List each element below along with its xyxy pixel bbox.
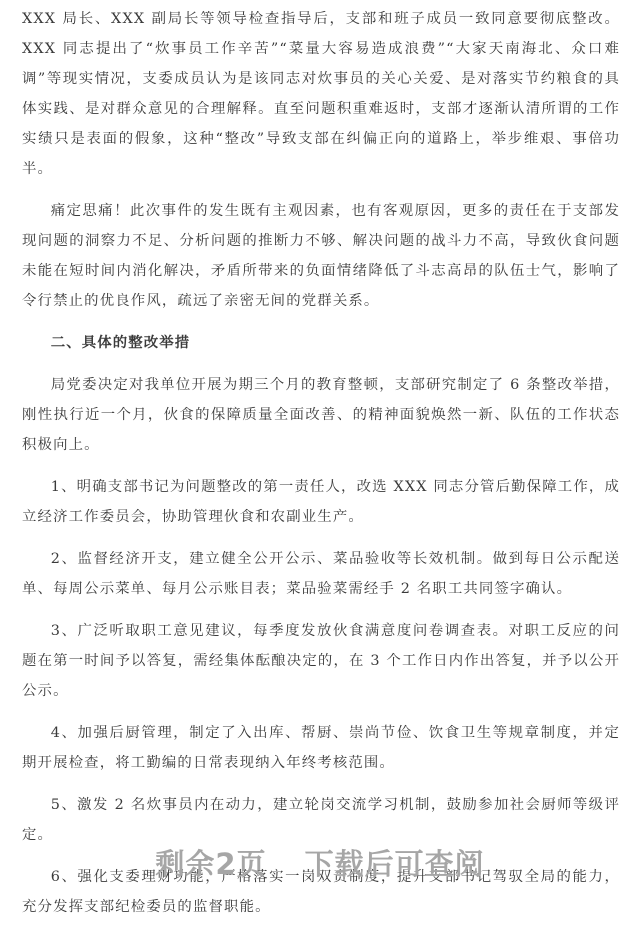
measure-item-1: 1、明确支部书记为问题整改的第一责任人，改选 XXX 同志分管后勤保障工作，成立… xyxy=(22,472,620,532)
measure-item-2: 2、监督经济开支，建立健全公开公示、菜品验收等长效机制。做到每日公示配送单、每周… xyxy=(22,544,620,604)
measure-item-5: 5、激发 2 名炊事员内在动力，建立轮岗交流学习机制，鼓励参加社会厨师等级评定。 xyxy=(22,790,620,850)
paragraph-measures-intro: 局党委决定对我单位开展为期三个月的教育整顿，支部研究制定了 6 条整改举措，刚性… xyxy=(22,370,620,460)
paragraph-rectification-background: XXX 局长、XXX 副局长等领导检查指导后，支部和班子成员一致同意要彻底整改。… xyxy=(22,4,620,184)
section-heading-measures: 二、具体的整改举措 xyxy=(22,328,620,358)
download-to-view-label: 下载后可查阅 xyxy=(305,847,485,881)
paragraph-reflection: 痛定思痛！此次事件的发生既有主观因素，也有客观原因，更多的责任在于支部发现问题的… xyxy=(22,196,620,316)
download-prompt-banner[interactable]: 剩余2页下载后可查阅 xyxy=(0,842,640,883)
document-body: XXX 局长、XXX 副局长等领导检查指导后，支部和班子成员一致同意要彻底整改。… xyxy=(22,4,620,922)
measure-item-4: 4、加强后厨管理，制定了入出库、帮厨、崇尚节俭、饮食卫生等规章制度，并定期开展检… xyxy=(22,718,620,778)
document-page: XXX 局长、XXX 副局长等领导检查指导后，支部和班子成员一致同意要彻底整改。… xyxy=(0,0,640,926)
measure-item-3: 3、广泛听取职工意见建议，每季度发放伙食满意度问卷调查表。对职工反应的问题在第一… xyxy=(22,616,620,706)
remaining-pages-label: 剩余2页 xyxy=(155,847,266,881)
